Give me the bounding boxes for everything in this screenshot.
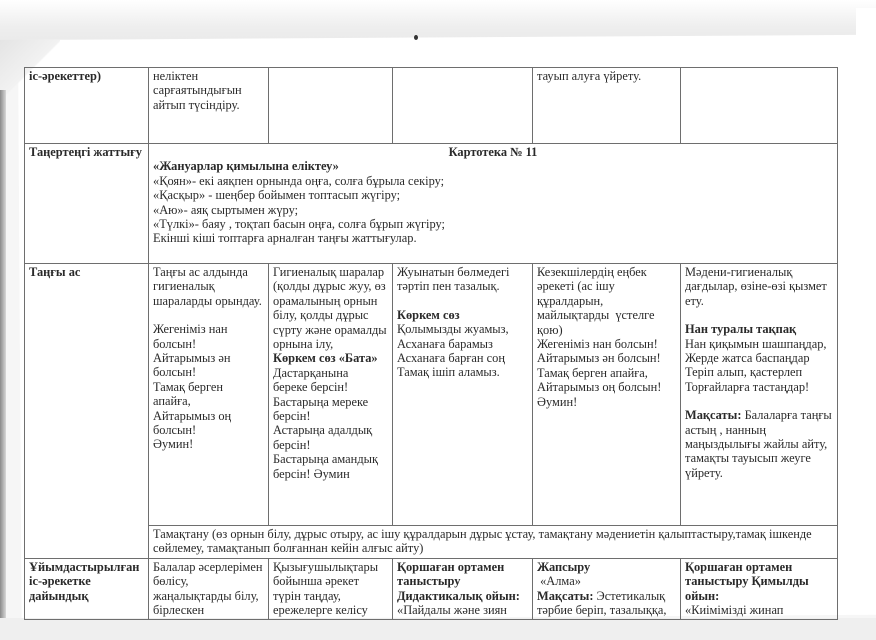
- row-label-activities: іс-әрекеттер): [25, 68, 149, 144]
- daily-plan-table: іс-әрекеттер) неліктен сарғаятындығын ай…: [24, 67, 838, 620]
- exercise-title: «Жануарлар қимылына еліктеу»: [153, 159, 833, 173]
- table-row-activities: іс-әрекеттер) неліктен сарғаятындығын ай…: [25, 68, 838, 144]
- morning-exercise-cell: Картотека № 11 «Жануарлар қимылына елікт…: [149, 144, 838, 264]
- preparation-cell-2: Қызығушылықтары бойынша әрекет түрін таң…: [269, 558, 393, 620]
- breakfast-cell-3: Жуынатын бөлмедегі тәртіп пен тазалық. К…: [393, 264, 533, 526]
- row-label-morning-exercise: Таңертеңгі жаттығу: [25, 144, 149, 264]
- breakfast-goal: Мақсаты: Балаларға таңғы астың , нанның …: [685, 408, 833, 480]
- exercise-line: «Аю»- аяқ сыртымен жүру;: [153, 203, 833, 217]
- table-row-morning-exercise: Таңертеңгі жаттығу Картотека № 11 «Жануа…: [25, 144, 838, 264]
- exercise-line: Екінші кіші топтарға арналған таңғы жатт…: [153, 231, 833, 245]
- preparation-cell-3: Қоршаған ортамен таныстыру Дидактикалық …: [393, 558, 533, 620]
- row-label-breakfast: Таңғы ас: [25, 264, 149, 559]
- card-title: Картотека № 11: [153, 145, 833, 159]
- breakfast-cell-1: Таңғы ас алдында гигиеналық шараларды ор…: [149, 264, 269, 526]
- breakfast-summary-cell: Тамақтану (өз орнын білу, дұрыс отыру, а…: [149, 526, 838, 559]
- preparation-cell-1: Балалар әсерлерімен бөлісу, жаңалықтарды…: [149, 558, 269, 620]
- activities-cell-4: тауып алуға үйрету.: [533, 68, 681, 144]
- row-label-preparation: Ұйымдастырылған іс-әрекетке дайындық: [25, 558, 149, 620]
- breakfast-cell-4: Кезекшілердің еңбек әрекеті (ас ішу құра…: [533, 264, 681, 526]
- activities-cell-3: [393, 68, 533, 144]
- breakfast-cell-5: Мәдени-гигиеналық дағдылар, өзіне-өзі қы…: [681, 264, 838, 526]
- scan-background-bottom: [0, 618, 876, 640]
- activities-cell-1: неліктен сарғаятындығын айтып түсіндіру.: [149, 68, 269, 144]
- breakfast-cell-2: Гигиеналық шаралар (қолды дұрыс жуу, өз …: [269, 264, 393, 526]
- preparation-cell-4: Жапсыру «Алма» Мақсаты: Эстетикалық тәрб…: [533, 558, 681, 620]
- page-edge-shadow: [0, 90, 6, 630]
- exercise-line: «Түлкі»- баяу , тоқтап басын оңға, солға…: [153, 217, 833, 231]
- activities-cell-5: [681, 68, 838, 144]
- table-row-preparation: Ұйымдастырылған іс-әрекетке дайындық Бал…: [25, 558, 838, 620]
- scan-speck: [414, 35, 418, 40]
- table-row-breakfast: Таңғы ас Таңғы ас алдында гигиеналық шар…: [25, 264, 838, 526]
- preparation-cell-5: Қоршаған ортамен таныстыру Қимылды ойын:…: [681, 558, 838, 620]
- activities-cell-2: [269, 68, 393, 144]
- exercise-line: «Қоян»- екі аяқпен орнында оңға, солға б…: [153, 174, 833, 188]
- exercise-line: «Қасқыр» - шеңбер бойымен топтасып жүгір…: [153, 188, 833, 202]
